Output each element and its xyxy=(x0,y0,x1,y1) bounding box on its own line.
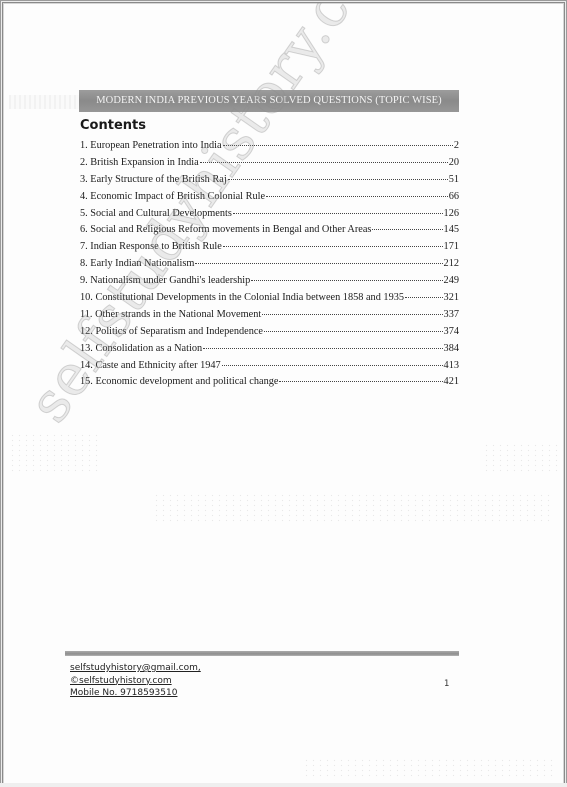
toc-entry[interactable]: 6. Social and Religious Reform movements… xyxy=(80,224,459,241)
footer-website-link[interactable]: ©selfstudyhistory.com xyxy=(70,675,201,688)
toc-entry[interactable]: 1. European Penetration into India2 xyxy=(80,140,459,157)
toc-entry-title: 13. Consolidation as a Nation xyxy=(80,343,202,354)
dot-leader xyxy=(203,348,442,349)
toc-entry-page: 51 xyxy=(449,174,459,185)
contents-heading: Contents xyxy=(80,118,146,133)
toc-entry-page: 66 xyxy=(449,191,459,202)
toc-entry[interactable]: 15. Economic development and political c… xyxy=(80,376,459,393)
toc-entry-title: 2. British Expansion in India xyxy=(80,157,199,168)
toc-entry[interactable]: 2. British Expansion in India20 xyxy=(80,157,459,174)
toc-entry[interactable]: 3. Early Structure of the British Raj51 xyxy=(80,174,459,191)
dot-leader xyxy=(266,196,448,197)
scan-noise xyxy=(9,95,81,109)
dot-leader xyxy=(223,145,453,146)
dot-leader xyxy=(228,179,448,180)
toc-entry[interactable]: 9. Nationalism under Gandhi's leadership… xyxy=(80,275,459,292)
toc-entry-page: 321 xyxy=(444,292,459,303)
toc-entry-page: 20 xyxy=(449,157,459,168)
toc-entry[interactable]: 14. Caste and Ethnicity after 1947413 xyxy=(80,360,459,377)
toc-entry[interactable]: 7. Indian Response to British Rule171 xyxy=(80,241,459,258)
footer-email-link[interactable]: selfstudyhistory@gmail.com, xyxy=(70,662,201,675)
document-page: MODERN INDIA PREVIOUS YEARS SOLVED QUEST… xyxy=(2,2,565,785)
header-banner: MODERN INDIA PREVIOUS YEARS SOLVED QUEST… xyxy=(79,90,459,112)
toc-entry[interactable]: 8. Early Indian Nationalism212 xyxy=(80,258,459,275)
toc-entry[interactable]: 12. Politics of Separatism and Independe… xyxy=(80,326,459,343)
footer-divider xyxy=(65,651,459,656)
dot-leader xyxy=(405,297,443,298)
footer-mobile: Mobile No. 9718593510 xyxy=(70,687,201,700)
dot-leader xyxy=(223,246,443,247)
dot-leader xyxy=(233,213,443,214)
toc-entry-title: 1. European Penetration into India xyxy=(80,140,222,151)
dot-leader xyxy=(200,162,448,163)
toc-entry-page: 413 xyxy=(444,360,459,371)
toc-entry-page: 2 xyxy=(454,140,459,151)
dot-leader xyxy=(262,314,442,315)
dot-leader xyxy=(222,365,443,366)
page-number: 1 xyxy=(444,679,449,689)
toc-entry-title: 10. Constitutional Developments in the C… xyxy=(80,292,404,303)
footer-contact: selfstudyhistory@gmail.com, ©selfstudyhi… xyxy=(70,662,201,700)
toc-entry-title: 8. Early Indian Nationalism xyxy=(80,258,194,269)
scan-noise xyxy=(9,433,99,473)
toc-entry-page: 374 xyxy=(444,326,459,337)
dot-leader xyxy=(251,280,442,281)
toc-entry-title: 15. Economic development and political c… xyxy=(80,376,278,387)
toc-entry[interactable]: 4. Economic Impact of British Colonial R… xyxy=(80,191,459,208)
dot-leader xyxy=(372,229,442,230)
viewer-bottom-strip xyxy=(0,783,567,787)
toc-entry[interactable]: 10. Constitutional Developments in the C… xyxy=(80,292,459,309)
toc-entry-page: 145 xyxy=(444,224,459,235)
toc-entry-title: 9. Nationalism under Gandhi's leadership xyxy=(80,275,250,286)
toc-entry-title: 12. Politics of Separatism and Independe… xyxy=(80,326,263,337)
scan-noise xyxy=(483,443,563,473)
toc-entry-page: 126 xyxy=(444,208,459,219)
toc-entry-title: 4. Economic Impact of British Colonial R… xyxy=(80,191,265,202)
dot-leader xyxy=(279,381,442,382)
toc-entry-page: 249 xyxy=(444,275,459,286)
toc-entry-page: 171 xyxy=(444,241,459,252)
toc-entry-title: 14. Caste and Ethnicity after 1947 xyxy=(80,360,221,371)
table-of-contents: 1. European Penetration into India22. Br… xyxy=(80,140,459,393)
toc-entry-title: 7. Indian Response to British Rule xyxy=(80,241,222,252)
toc-entry[interactable]: 11. Other strands in the National Moveme… xyxy=(80,309,459,326)
toc-entry-page: 421 xyxy=(444,376,459,387)
dot-leader xyxy=(264,331,443,332)
toc-entry-page: 384 xyxy=(444,343,459,354)
toc-entry-title: 3. Early Structure of the British Raj xyxy=(80,174,227,185)
toc-entry[interactable]: 13. Consolidation as a Nation384 xyxy=(80,343,459,360)
toc-entry-title: 5. Social and Cultural Developments xyxy=(80,208,232,219)
toc-entry-title: 6. Social and Religious Reform movements… xyxy=(80,224,371,235)
toc-entry-page: 212 xyxy=(444,258,459,269)
toc-entry-page: 337 xyxy=(444,309,459,320)
scan-noise xyxy=(303,758,553,780)
toc-entry[interactable]: 5. Social and Cultural Developments126 xyxy=(80,208,459,225)
dot-leader xyxy=(195,263,442,264)
toc-entry-title: 11. Other strands in the National Moveme… xyxy=(80,309,261,320)
scan-noise xyxy=(153,493,553,523)
